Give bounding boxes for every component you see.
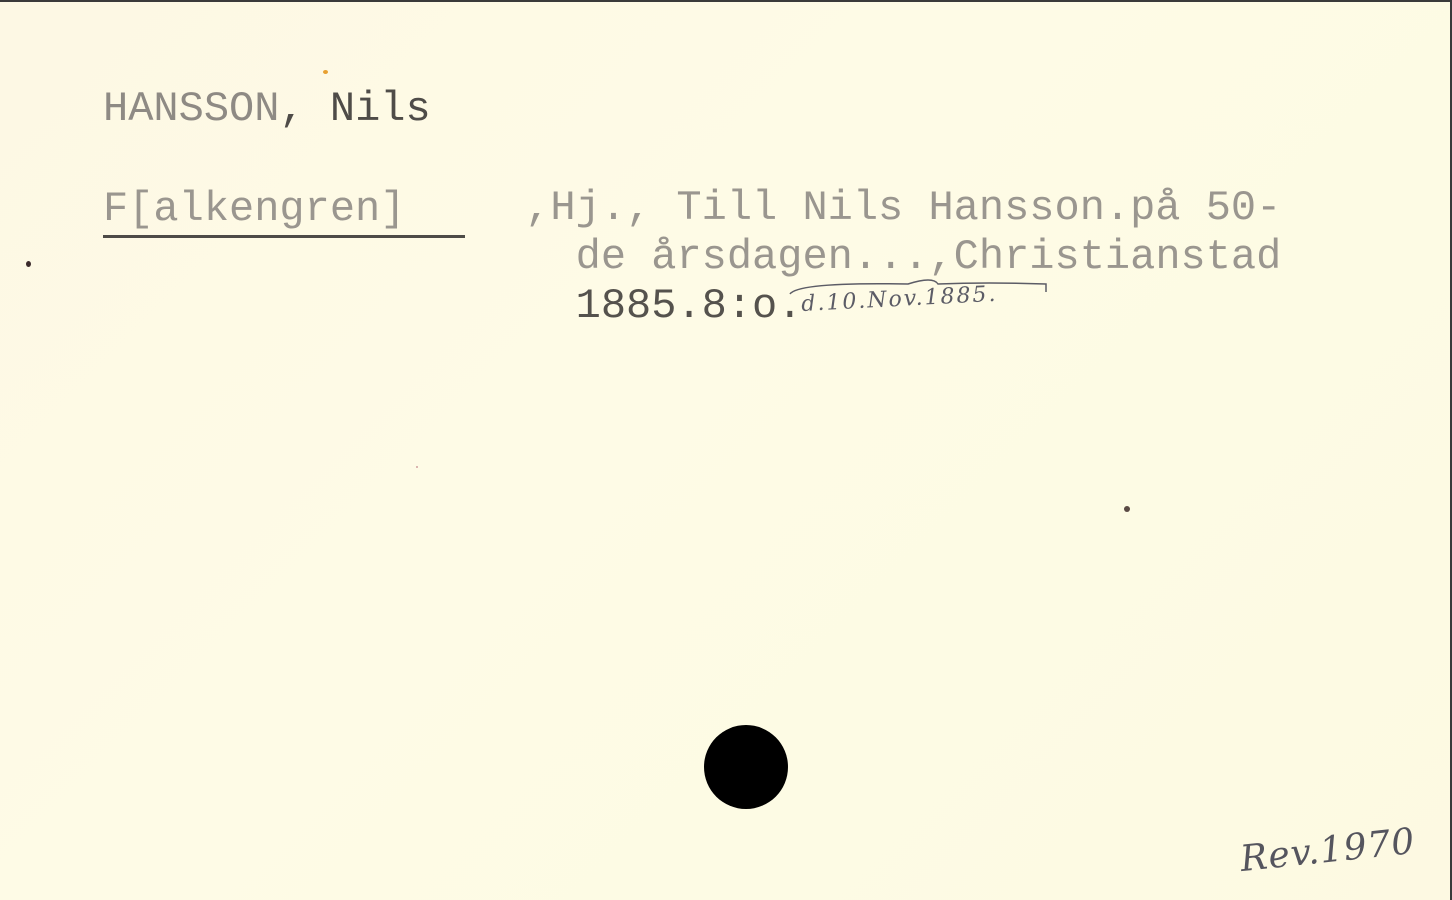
ink-speck bbox=[1124, 506, 1130, 512]
catalog-card: HANSSON, Nils F[alkengren] ,Hj., Till Ni… bbox=[0, 0, 1452, 900]
punch-hole bbox=[704, 725, 788, 809]
ink-speck bbox=[26, 261, 31, 267]
heading-surname: HANSSON bbox=[103, 85, 279, 133]
entry-line-2: de årsdagen...,Christianstad bbox=[500, 233, 1281, 282]
ink-speck bbox=[323, 70, 328, 74]
entry-author: F[alkengren] bbox=[103, 184, 405, 234]
author-underline bbox=[103, 235, 465, 238]
card-heading: HANSSON, Nils bbox=[103, 84, 431, 134]
heading-separator: , bbox=[279, 85, 304, 133]
ink-speck bbox=[416, 466, 418, 468]
handwritten-revision-note: Rev.1970 bbox=[1238, 821, 1417, 880]
heading-given-name: Nils bbox=[330, 85, 431, 133]
entry-line-1: ,Hj., Till Nils Hansson.på 50- bbox=[500, 184, 1281, 233]
